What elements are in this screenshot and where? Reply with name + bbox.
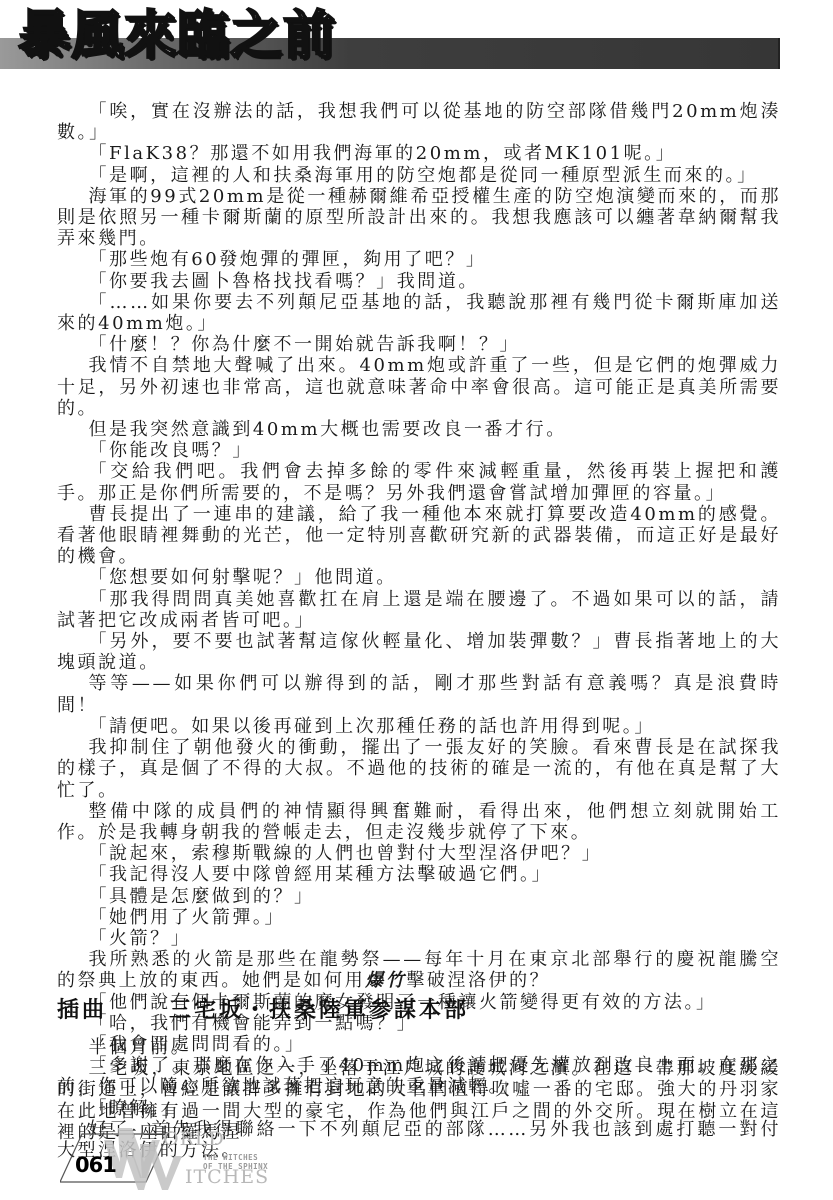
paragraph: 海軍的99式20mm是從一種赫爾維希亞授權生產的防空炮演變而來的，而那則是依照另… xyxy=(57,186,781,250)
paragraph: 「什麼！？你為什麼不一開始就告訴我啊！？」 xyxy=(57,334,781,355)
paragraph: 曹長提出了一連串的建議，給了我一種他本來就打算要改造40mm的感覺。看著他眼睛裡… xyxy=(57,504,781,568)
paragraph: 我抑制住了朝他發火的衝動，擺出了一張友好的笑臉。看來曹長是在試探我的樣子，真是個… xyxy=(57,737,781,801)
paragraph: 整備中隊的成員們的神情顯得興奮難耐，看得出來，他們想立刻就開始工作。於是我轉身朝… xyxy=(57,801,781,843)
text-run: 擊破涅洛伊的？ xyxy=(406,970,550,991)
chapter-title: 暴風來臨之前 xyxy=(18,6,336,66)
paragraph: 「FlaK38？那還不如用我們海軍的20mm，或者MK101呢。」 xyxy=(57,143,781,164)
section-heading: 插曲三宅坂・扶桑陸軍参謀本部 xyxy=(57,995,469,1025)
paragraph: 半個月前。 xyxy=(57,1037,781,1058)
paragraph: 「唉，實在沒辦法的話，我想我們可以從基地的防空部隊借幾門20mm炮湊數。」 xyxy=(57,101,781,143)
paragraph: 「……如果你要去不列顛尼亞基地的話，我聽說那裡有幾門從卡爾斯庫加送來的40mm炮… xyxy=(57,292,781,334)
paragraph: 但是我突然意識到40mm大概也需要改良一番才行。 xyxy=(57,419,781,440)
logo-word-world: ORLD xyxy=(163,1128,225,1150)
emphasis-text: 爆竹 xyxy=(365,970,406,991)
paragraph: 「是啊，這裡的人和扶桑海軍用的防空炮都是從同一種原型派生而來的。」 xyxy=(57,165,781,186)
paragraph: 「請便吧。如果以後再碰到上次那種任務的話也許用得到呢。」 xyxy=(57,716,781,737)
paragraph: 「那些炮有60發炮彈的彈匣，夠用了吧？」 xyxy=(57,249,781,270)
paragraph: 「那我得問問真美她喜歡扛在肩上還是端在腰邊了。不過如果可以的話，請試著把它改成兩… xyxy=(57,589,781,631)
page-footer: 061 ORLD ITCHES THE WITCHES OF THE SPHIN… xyxy=(60,1126,300,1190)
paragraph: 「具體是怎麼做到的？」 xyxy=(57,886,781,907)
section-title: 三宅坂・扶桑陸軍参謀本部 xyxy=(169,997,469,1023)
paragraph: 「你要我去圖卜魯格找找看嗎？」我問道。 xyxy=(57,271,781,292)
paragraph: 「另外，要不要也試著幫這傢伙輕量化、增加裝彈數？」曹長指著地上的大塊頭說道。 xyxy=(57,631,781,673)
paragraph: 「您想要如何射擊呢？」他問道。 xyxy=(57,567,781,588)
paragraph: 我情不自禁地大聲喊了出來。40mm炮或許重了一些，但是它們的炮彈威力十足，另外初… xyxy=(57,355,781,419)
paragraph: 等等——如果你們可以辦得到的話，剛才那些對話有意義嗎？真是浪費時間！ xyxy=(57,673,781,715)
section-label: 插曲 xyxy=(57,997,107,1023)
paragraph: 「她們用了火箭彈。」 xyxy=(57,907,781,928)
logo-subtitle-line1: THE WITCHES xyxy=(203,1153,258,1162)
paragraph-rocket: 我所熟悉的火箭是那些在龍勢祭——每年十月在東京北部舉行的慶祝龍騰空的祭典上放的東… xyxy=(57,949,781,991)
paragraph: 「交給我們吧。我們會去掉多餘的零件來減輕重量，然後再裝上握把和護手。那正是你們所… xyxy=(57,461,781,503)
paragraph: 「我記得沒人要中隊曾經用某種方法擊破過它們。」 xyxy=(57,864,781,885)
page-number: 061 xyxy=(75,1153,116,1177)
paragraph: 「說起來，索穆斯戰線的人們也曾對付大型涅洛伊吧？」 xyxy=(57,843,781,864)
logo-subtitle-line2: OF THE SPHINX xyxy=(203,1162,268,1171)
paragraph: 「你能改良嗎？」 xyxy=(57,440,781,461)
paragraph: 「火箭？」 xyxy=(57,928,781,949)
